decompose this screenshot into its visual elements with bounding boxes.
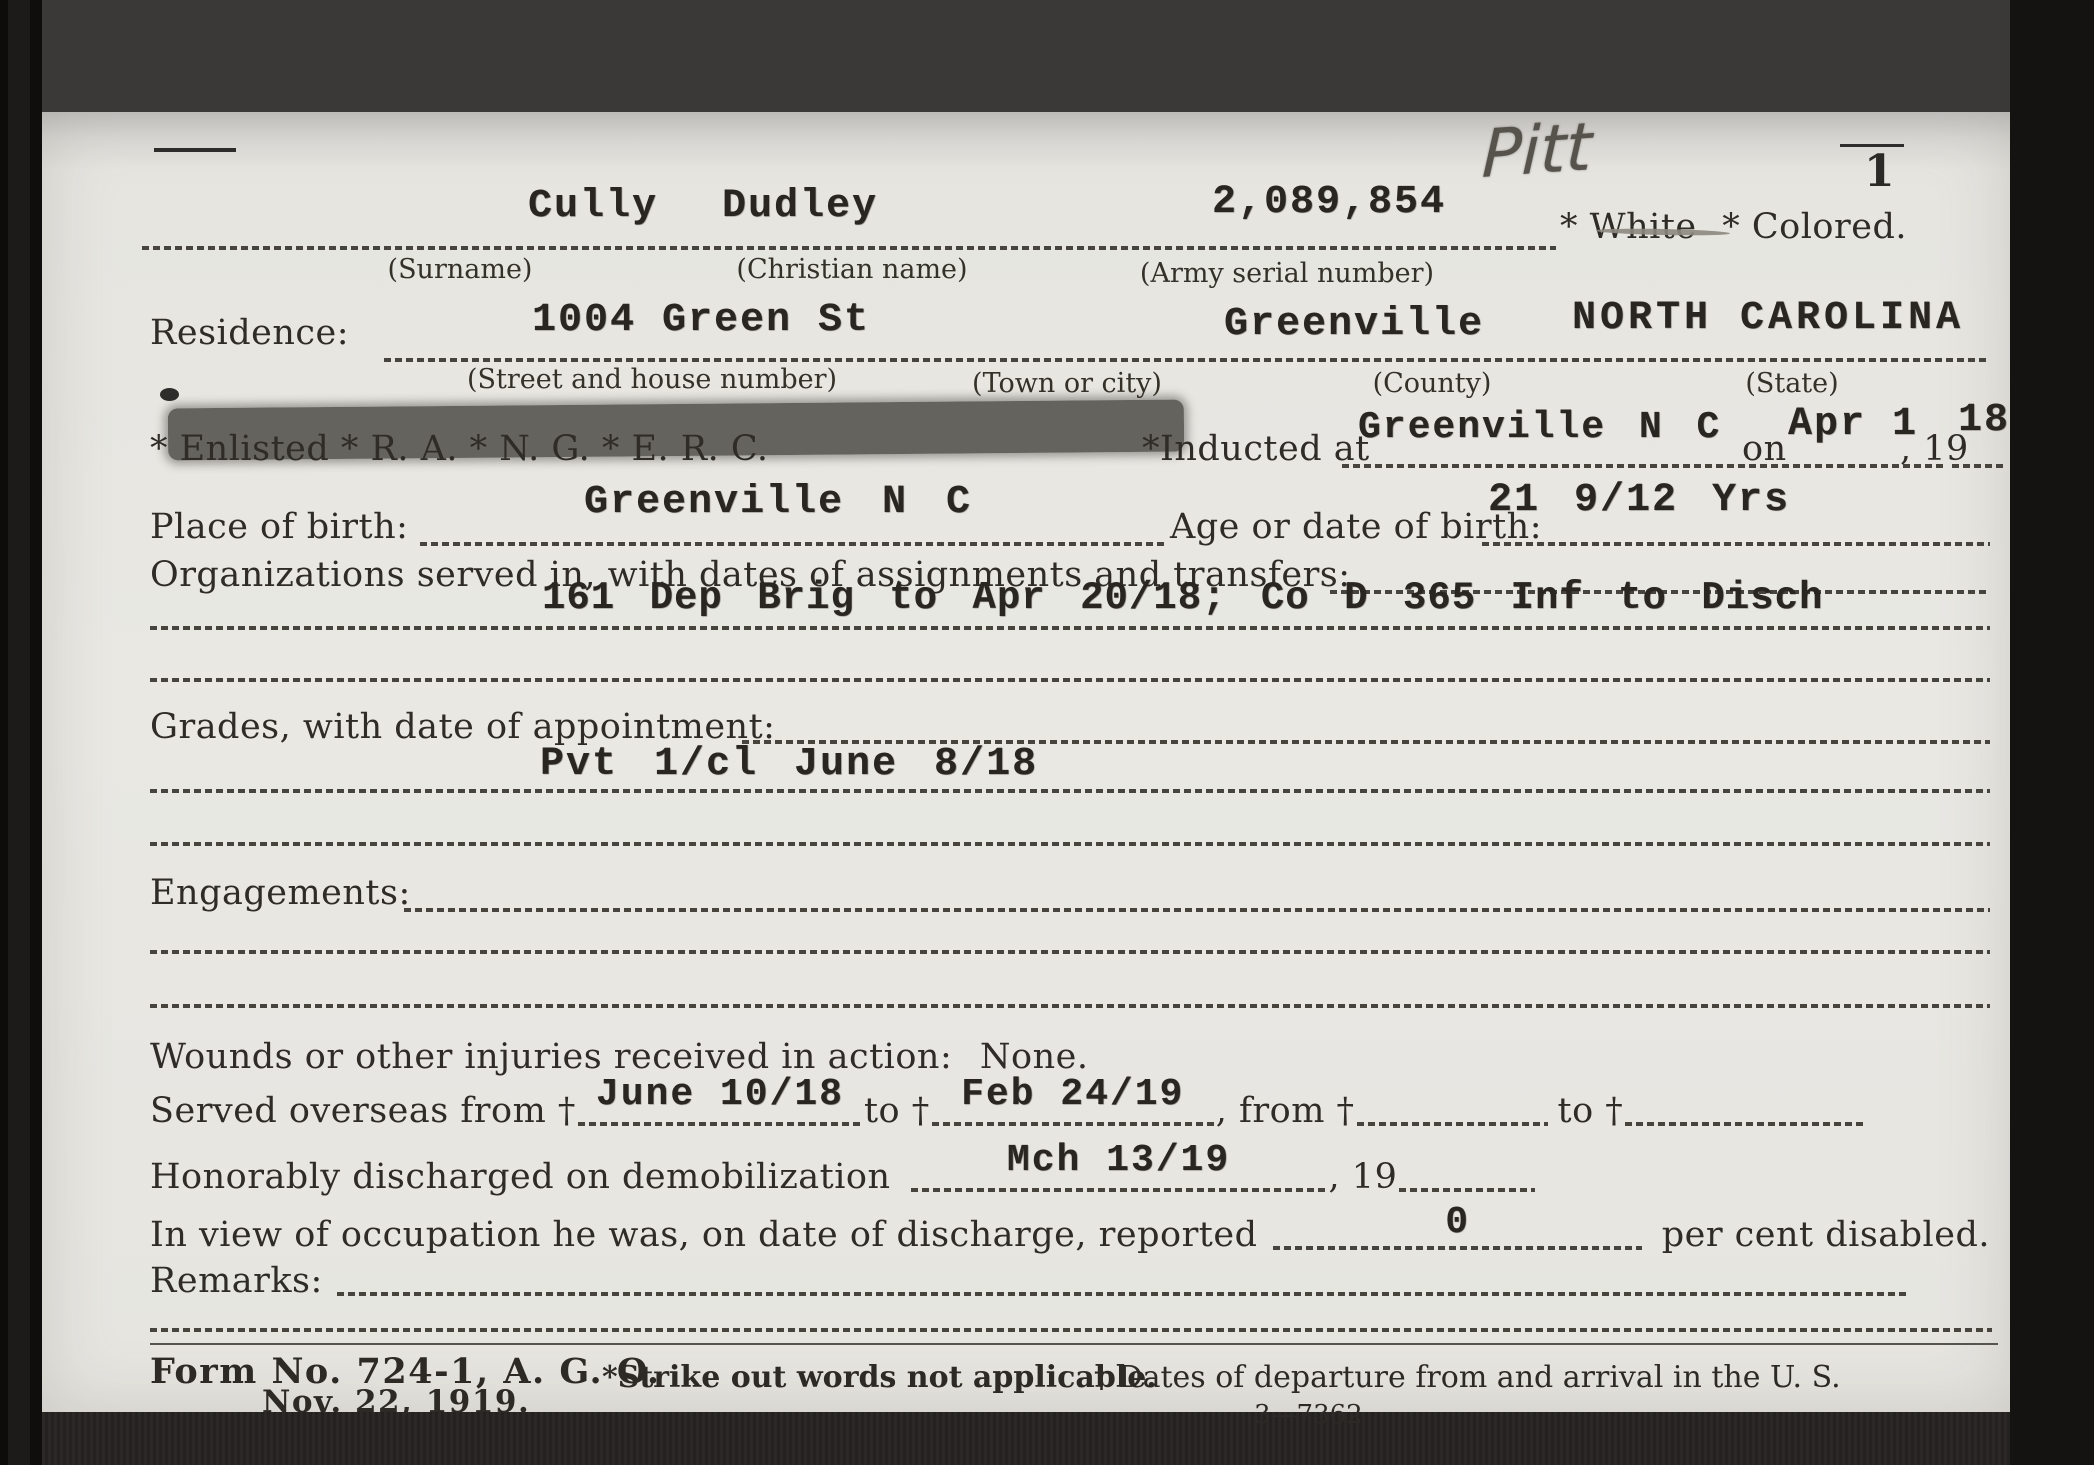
on-label: on bbox=[1742, 430, 1787, 469]
induction-date-value: Apr 1 bbox=[1788, 402, 1918, 447]
organizations-value: 161 Dep Brig to Apr 20/18; Co D 365 Inf … bbox=[542, 576, 1823, 620]
enlistment-options-struck: * Enlisted * R. A. * N. G. * E. R. C. bbox=[150, 430, 769, 469]
film-edge-left bbox=[0, 0, 42, 1465]
remarks-label: Remarks: bbox=[150, 1262, 323, 1301]
race-white-option: * White bbox=[1560, 208, 1697, 247]
name-value: Cully Dudley bbox=[528, 184, 878, 229]
induction-place-fill-line bbox=[1342, 464, 1784, 468]
pencil-dot-mark bbox=[160, 388, 179, 401]
discharge-year-prefix: , 19 bbox=[1329, 1158, 1398, 1197]
induction-year-value: 18 bbox=[1958, 398, 2010, 443]
grades-fill-line-2 bbox=[150, 789, 1990, 793]
organizations-fill-line-2 bbox=[150, 626, 1990, 630]
dagger-note: † Dates of departure from and arrival in… bbox=[1094, 1360, 1841, 1395]
serial-number-caption: (Army serial number) bbox=[1127, 258, 1447, 289]
residence-label: Residence: bbox=[150, 314, 349, 353]
handwritten-county-annotation: Pitt bbox=[1481, 108, 1593, 193]
residence-state-value: NORTH CAROLINA bbox=[1572, 296, 1964, 341]
blank-fill-line-4 bbox=[150, 1004, 1990, 1008]
county-caption: (County) bbox=[1337, 368, 1527, 399]
overseas-from2-field bbox=[1355, 1072, 1550, 1130]
grades-value: Pvt 1/cl June 8/18 bbox=[540, 742, 1038, 787]
top-left-mark bbox=[154, 148, 236, 152]
birthplace-label: Place of birth: bbox=[150, 508, 408, 547]
discharge-label: Honorably discharged on demobilization bbox=[150, 1158, 891, 1197]
film-edge-top bbox=[42, 0, 2010, 113]
footer-dashed-rule bbox=[150, 1328, 1992, 1332]
residence-fill-line bbox=[384, 358, 1990, 362]
surname-caption: (Surname) bbox=[360, 254, 560, 285]
discharge-row: Honorably discharged on demobilization M… bbox=[150, 1140, 1750, 1196]
overseas-row: Served overseas from † June 10/18 to † F… bbox=[150, 1072, 1930, 1130]
form-date: Nov. 22, 1919. bbox=[262, 1384, 530, 1420]
disability-percent-value: 0 bbox=[1445, 1201, 1470, 1244]
strike-out-note: *Strike out words not applicable. bbox=[602, 1360, 1157, 1395]
race-selection: * White * Colored. bbox=[1560, 208, 1907, 247]
film-edge-right bbox=[2010, 0, 2094, 1465]
overseas-from-value: June 10/18 bbox=[596, 1073, 844, 1116]
name-fill-line bbox=[142, 246, 1556, 250]
overseas-to2-label: to † bbox=[1558, 1092, 1624, 1131]
service-record-card: Pitt 1 Cully Dudley 2,089,854 * White * … bbox=[42, 112, 2010, 1412]
street-caption: (Street and house number) bbox=[467, 364, 817, 395]
print-code: 3—7362 bbox=[1254, 1400, 1363, 1430]
overseas-to-label: to † bbox=[864, 1092, 930, 1131]
state-caption: (State) bbox=[1702, 368, 1882, 399]
footer-solid-rule bbox=[150, 1343, 1998, 1345]
age-value: 21 9/12 Yrs bbox=[1488, 478, 1790, 523]
grades-label: Grades, with date of appointment: bbox=[150, 708, 775, 747]
residence-street-value: 1004 Green St bbox=[532, 298, 870, 343]
discharge-date-value: Mch 13/19 bbox=[1007, 1139, 1230, 1182]
age-fill-line bbox=[1482, 542, 1990, 546]
discharge-year-field bbox=[1397, 1140, 1537, 1196]
race-white-label: * White bbox=[1560, 207, 1697, 247]
overseas-to2-field bbox=[1623, 1072, 1868, 1130]
birthplace-fill-line bbox=[420, 542, 1168, 546]
engagements-fill-line bbox=[404, 908, 1990, 912]
overseas-from2-label: , from † bbox=[1216, 1092, 1355, 1131]
blank-fill-line-2 bbox=[150, 842, 1990, 846]
wounds-label: Wounds or other injuries received in act… bbox=[150, 1037, 952, 1077]
overseas-to-value: Feb 24/19 bbox=[961, 1073, 1184, 1116]
race-colored-label: * Colored. bbox=[1722, 207, 1907, 247]
christian-name-caption: (Christian name) bbox=[732, 254, 972, 285]
discharge-date-field: Mch 13/19 bbox=[909, 1140, 1329, 1196]
engagements-label: Engagements: bbox=[150, 874, 411, 913]
induction-place-value: Greenville N C bbox=[1358, 406, 1721, 449]
wounds-value: None. bbox=[980, 1037, 1089, 1077]
age-label: Age or date of birth: bbox=[1170, 508, 1542, 547]
wounds-line: Wounds or other injuries received in act… bbox=[150, 1038, 1088, 1077]
birthplace-value: Greenville N C bbox=[584, 480, 972, 525]
remarks-field bbox=[335, 1246, 1908, 1300]
serial-number-value: 2,089,854 bbox=[1212, 180, 1446, 225]
inducted-at-label: *Inducted at bbox=[1142, 430, 1370, 469]
overseas-to-field: Feb 24/19 bbox=[930, 1072, 1216, 1130]
town-caption: (Town or city) bbox=[942, 368, 1192, 399]
overseas-from-label: Served overseas from † bbox=[150, 1092, 576, 1131]
residence-county-value: Greenville bbox=[1224, 302, 1484, 347]
overseas-from-field: June 10/18 bbox=[576, 1072, 864, 1130]
blank-fill-line-3 bbox=[150, 950, 1990, 954]
induction-year-fill-line bbox=[1952, 464, 2004, 468]
page-number: 1 bbox=[1864, 146, 1895, 197]
blank-fill-line-1 bbox=[150, 678, 1990, 682]
remarks-row: Remarks: bbox=[150, 1246, 1908, 1300]
